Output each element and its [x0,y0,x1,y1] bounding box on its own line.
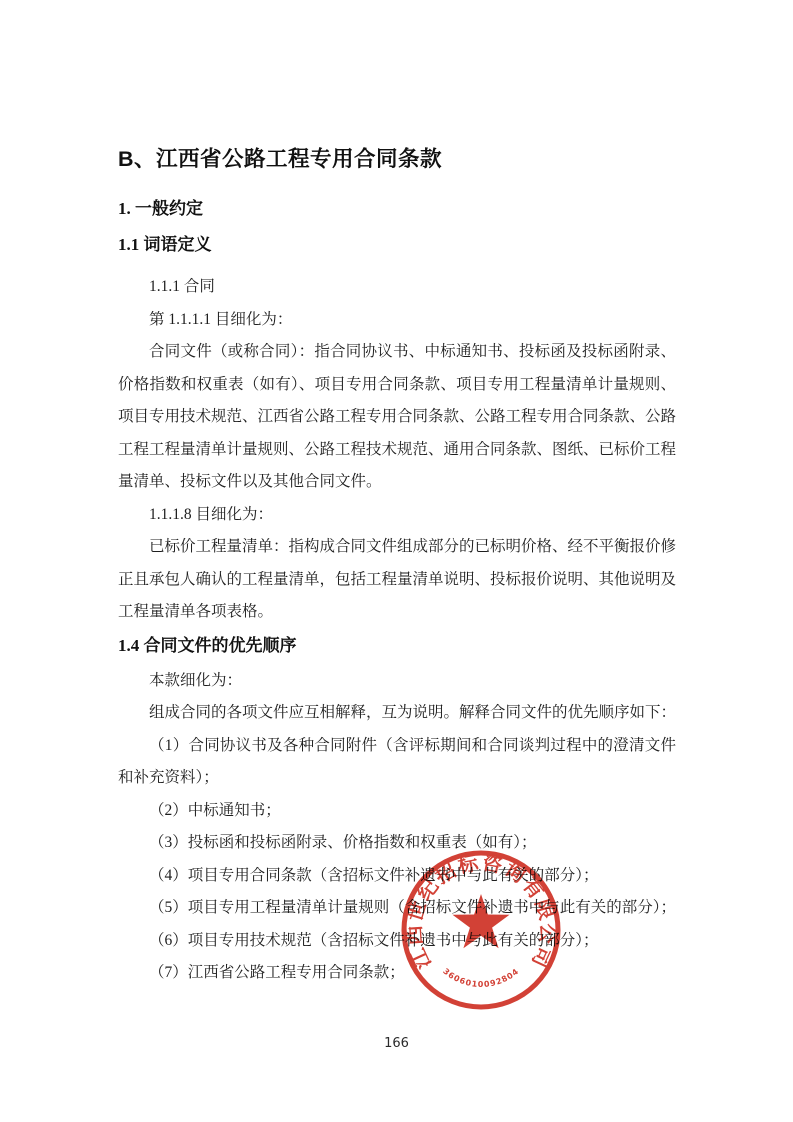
document-page: B、江西省公路工程专用合同条款 1. 一般约定 1.1 词语定义 1.1.1 合… [0,0,793,1122]
para-priority-intro: 组成合同的各项文件应互相解释，互为说明。解释合同文件的优先顺序如下： [118,697,676,730]
page-number: 166 [0,1036,793,1051]
para-contract-documents: 合同文件（或称合同）：指合同协议书、中标通知书、投标函及投标函附录、价格指数和权… [118,336,676,499]
para-priced-boq: 已标价工程量清单：指构成合同文件组成部分的已标明价格、经不平衡报价修正且承包人确… [118,531,676,629]
para-clause-1118: 1.1.1.8 目细化为： [118,499,676,532]
para-refined: 本款细化为： [118,665,676,698]
priority-item: （2）中标通知书； [118,795,676,828]
priority-item: （1）合同协议书及各种合同附件（含评标期间和合同谈判过程中的澄清文件和补充资料）… [118,730,676,795]
doc-title: B、江西省公路工程专用合同条款 [118,146,676,173]
para-contract-label: 1.1.1 合同 [118,271,676,304]
seal-registration-number: 3606010092804 [441,967,521,989]
heading-word-definitions: 1.1 词语定义 [118,235,676,254]
heading-general-provisions: 1. 一般约定 [118,199,676,218]
seal-star-icon [453,894,510,948]
heading-priority-order: 1.4 合同文件的优先顺序 [118,629,676,663]
company-seal: 江西世纪招标咨询有限公司 3606010092804 [396,845,566,1015]
para-clause-1111: 第 1.1.1.1 目细化为： [118,304,676,337]
